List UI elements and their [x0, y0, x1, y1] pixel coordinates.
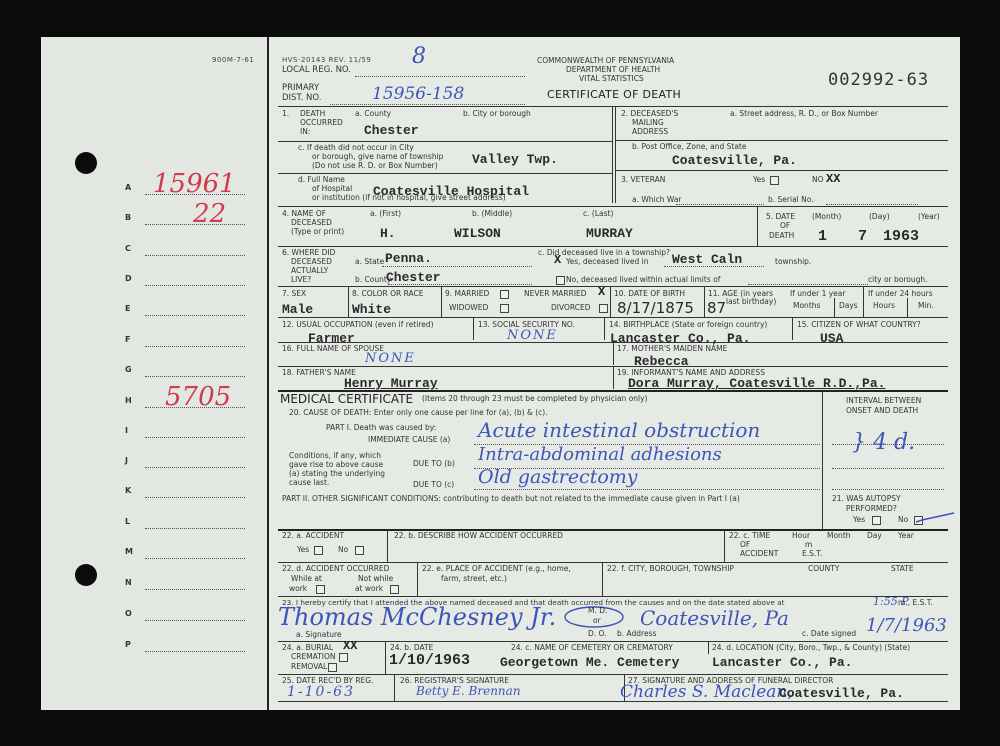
accident-no-checkbox[interactable]	[355, 546, 364, 555]
death-month: 1	[818, 228, 827, 245]
deceased-first-name: H.	[380, 226, 396, 241]
stub-row-e: E	[125, 304, 245, 318]
divorced-checkbox[interactable]	[599, 304, 608, 313]
deceased-last-name: MURRAY	[586, 226, 633, 241]
stub-row-d: D	[125, 274, 245, 288]
ssn-value: NONE	[507, 328, 558, 343]
residence-state: Penna.	[385, 251, 432, 266]
stub-value-h: 5705	[165, 382, 231, 412]
cremation-checkbox[interactable]	[339, 653, 348, 662]
not-at-work-checkbox[interactable]	[390, 585, 399, 594]
while-at-work-checkbox[interactable]	[316, 585, 325, 594]
stub-row-k: K	[125, 486, 245, 500]
primary-dist-value: 15956-158	[372, 84, 464, 104]
veteran-no-mark[interactable]: XX	[826, 172, 840, 186]
funeral-director-address: Coatesville, Pa.	[779, 686, 904, 701]
cause-due-to-b: Intra-abdominal adhesions	[478, 444, 722, 465]
stub-value-a: 15961	[153, 169, 236, 199]
stub-row-c: C	[125, 244, 245, 258]
burial-date: 1/10/1963	[389, 652, 470, 669]
form-code: HVS-20143 REV. 11/59	[282, 56, 371, 64]
funeral-director-signature: Charles S. Maclean,	[620, 682, 793, 702]
date-received: 1-10-63	[287, 684, 355, 700]
cause-interval: } 4 d.	[852, 430, 915, 455]
cause-due-to-c: Old gastrectomy	[478, 466, 638, 488]
cemetery-location: Lancaster Co., Pa.	[712, 655, 852, 670]
stub-form-code: 900M-7-61	[212, 56, 254, 64]
punch-hole-bottom	[75, 564, 97, 586]
primary-dist-label-2: DIST. NO.	[282, 94, 321, 104]
race-value: White	[352, 302, 391, 317]
cemetery-name: Georgetown Me. Cemetery	[500, 655, 679, 670]
mailing-post-office: Coatesville, Pa.	[672, 153, 797, 168]
autopsy-yes-checkbox[interactable]	[872, 516, 881, 525]
physician-address: Coatesville, Pa	[640, 606, 789, 630]
birth-date: 8/17/1875	[617, 299, 694, 317]
stub-row-n: N	[125, 578, 245, 592]
death-year: 1963	[883, 228, 919, 245]
never-married-mark[interactable]: X	[598, 285, 605, 299]
accident-yes-checkbox[interactable]	[314, 546, 323, 555]
death-township: Valley Twp.	[472, 152, 558, 167]
local-reg-label: LOCAL REG. NO.	[282, 66, 351, 76]
autopsy-no-checkmark-icon	[914, 510, 956, 526]
stub-row-l: L	[125, 517, 245, 531]
death-hospital: Coatesville Hospital	[373, 184, 529, 199]
punch-hole-top	[75, 152, 97, 174]
local-reg-value: 8	[412, 44, 426, 69]
sex-value: Male	[282, 302, 313, 317]
burial-mark[interactable]: XX	[343, 639, 357, 653]
physician-signature: Thomas McChesney Jr.	[278, 603, 556, 631]
widowed-checkbox[interactable]	[500, 304, 509, 313]
certificate-title: CERTIFICATE OF DEATH	[547, 88, 681, 101]
header-vital-statistics: VITAL STATISTICS	[579, 75, 644, 84]
veteran-yes-checkbox[interactable]	[770, 176, 779, 185]
registrar-signature: Betty E. Brennan	[416, 684, 521, 698]
certificate-number: 002992-63	[828, 70, 929, 90]
citizenship-value: USA	[820, 331, 843, 346]
stub-divider	[267, 37, 269, 710]
medical-certificate-title: MEDICAL CERTIFICATE	[280, 392, 413, 406]
stub-row-a: A15961	[125, 183, 245, 197]
stub-row-b: B22	[125, 213, 245, 227]
residence-county: Chester	[386, 270, 441, 285]
stub-row-p: P	[125, 640, 245, 654]
stub-row-m: M	[125, 547, 245, 561]
spouse-value: NONE	[365, 351, 416, 366]
date-signed: 1/7/1963	[866, 615, 947, 636]
father-name: Henry Murray	[344, 376, 438, 391]
married-checkbox[interactable]	[500, 290, 509, 299]
death-day: 7	[858, 228, 867, 245]
cause-immediate: Acute intestinal obstruction	[478, 418, 760, 442]
stub-row-h: H5705	[125, 396, 245, 410]
stub-row-o: O	[125, 609, 245, 623]
stub-row-i: I	[125, 426, 245, 440]
stub-row-g: G	[125, 365, 245, 379]
informant-value: Dora Murray, Coatesville R.D.,Pa.	[628, 376, 885, 391]
deceased-middle-name: WILSON	[454, 226, 501, 241]
stub-row-j: J	[125, 456, 245, 470]
township-yes-mark[interactable]: X	[554, 253, 561, 267]
death-county: Chester	[364, 123, 419, 138]
age-value: 87	[707, 299, 726, 317]
stub-value-b: 22	[193, 199, 226, 229]
township-no-checkbox[interactable]	[556, 276, 565, 285]
removal-checkbox[interactable]	[328, 663, 337, 672]
stub-row-f: F	[125, 335, 245, 349]
residence-township: West Caln	[672, 252, 742, 267]
